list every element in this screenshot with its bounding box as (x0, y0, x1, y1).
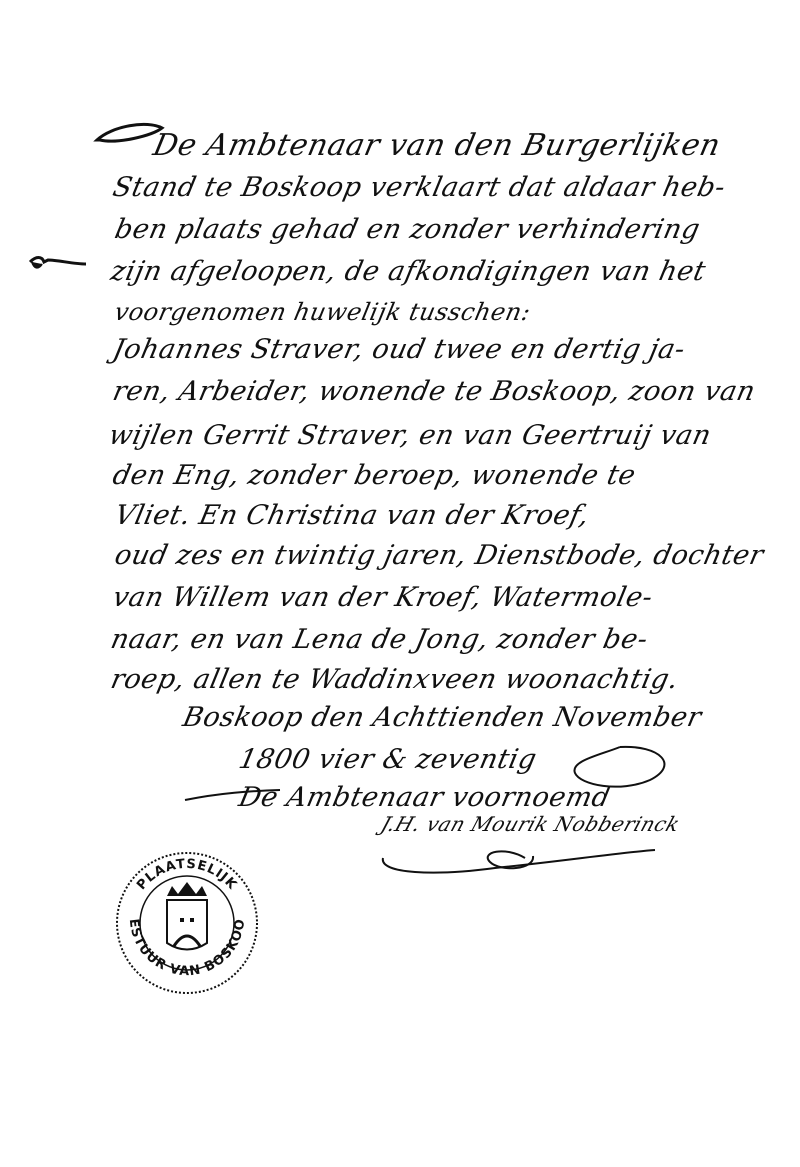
closing-flourish-icon (180, 735, 680, 805)
text-line-12: van Willem van der Kroef, Watermole- (110, 582, 656, 613)
municipal-seal: PLAATSELIJK BESTUUR VAN BOSKOOP (112, 848, 262, 998)
seal-emblem-icon: PLAATSELIJK BESTUUR VAN BOSKOOP (112, 848, 262, 998)
text-line-7: ren, Arbeider, wonende te Boskoop, zoon … (110, 376, 758, 407)
document-page: De Ambtenaar van den Burgerlijken Stand … (0, 0, 800, 1167)
signature-flourish-icon (375, 838, 665, 878)
text-line-2: Stand te Boskoop verklaart dat aldaar he… (110, 172, 728, 203)
text-line-8: wijlen Gerrit Straver, en van Geertruij … (106, 420, 714, 451)
text-line-5: voorgenomen huwelijk tusschen: (112, 298, 533, 326)
text-line-10: Vliet. En Christina van der Kroef, (112, 500, 592, 531)
text-line-15: Boskoop den Achttienden November (180, 702, 704, 733)
text-line-3: ben plaats gehad en zonder verhindering (112, 214, 703, 245)
text-line-6: Johannes Straver, oud twee en dertig ja- (110, 334, 688, 365)
text-line-14: roep, allen te Waddinxveen woonachtig. (108, 664, 681, 695)
text-line-13: naar, en van Lena de Jong, zonder be- (108, 624, 651, 655)
text-line-11: oud zes en twintig jaren, Dienstbode, do… (112, 540, 767, 571)
text-line-4: zijn afgeloopen, de afkondigingen van he… (108, 256, 709, 287)
margin-hand-mark-icon (28, 252, 88, 276)
text-line-9: den Eng, zonder beroep, wonende te (110, 460, 639, 491)
signature: J.H. van Mourik Nobberinck (378, 812, 683, 836)
text-line-1: De Ambtenaar van den Burgerlijken (150, 128, 724, 163)
